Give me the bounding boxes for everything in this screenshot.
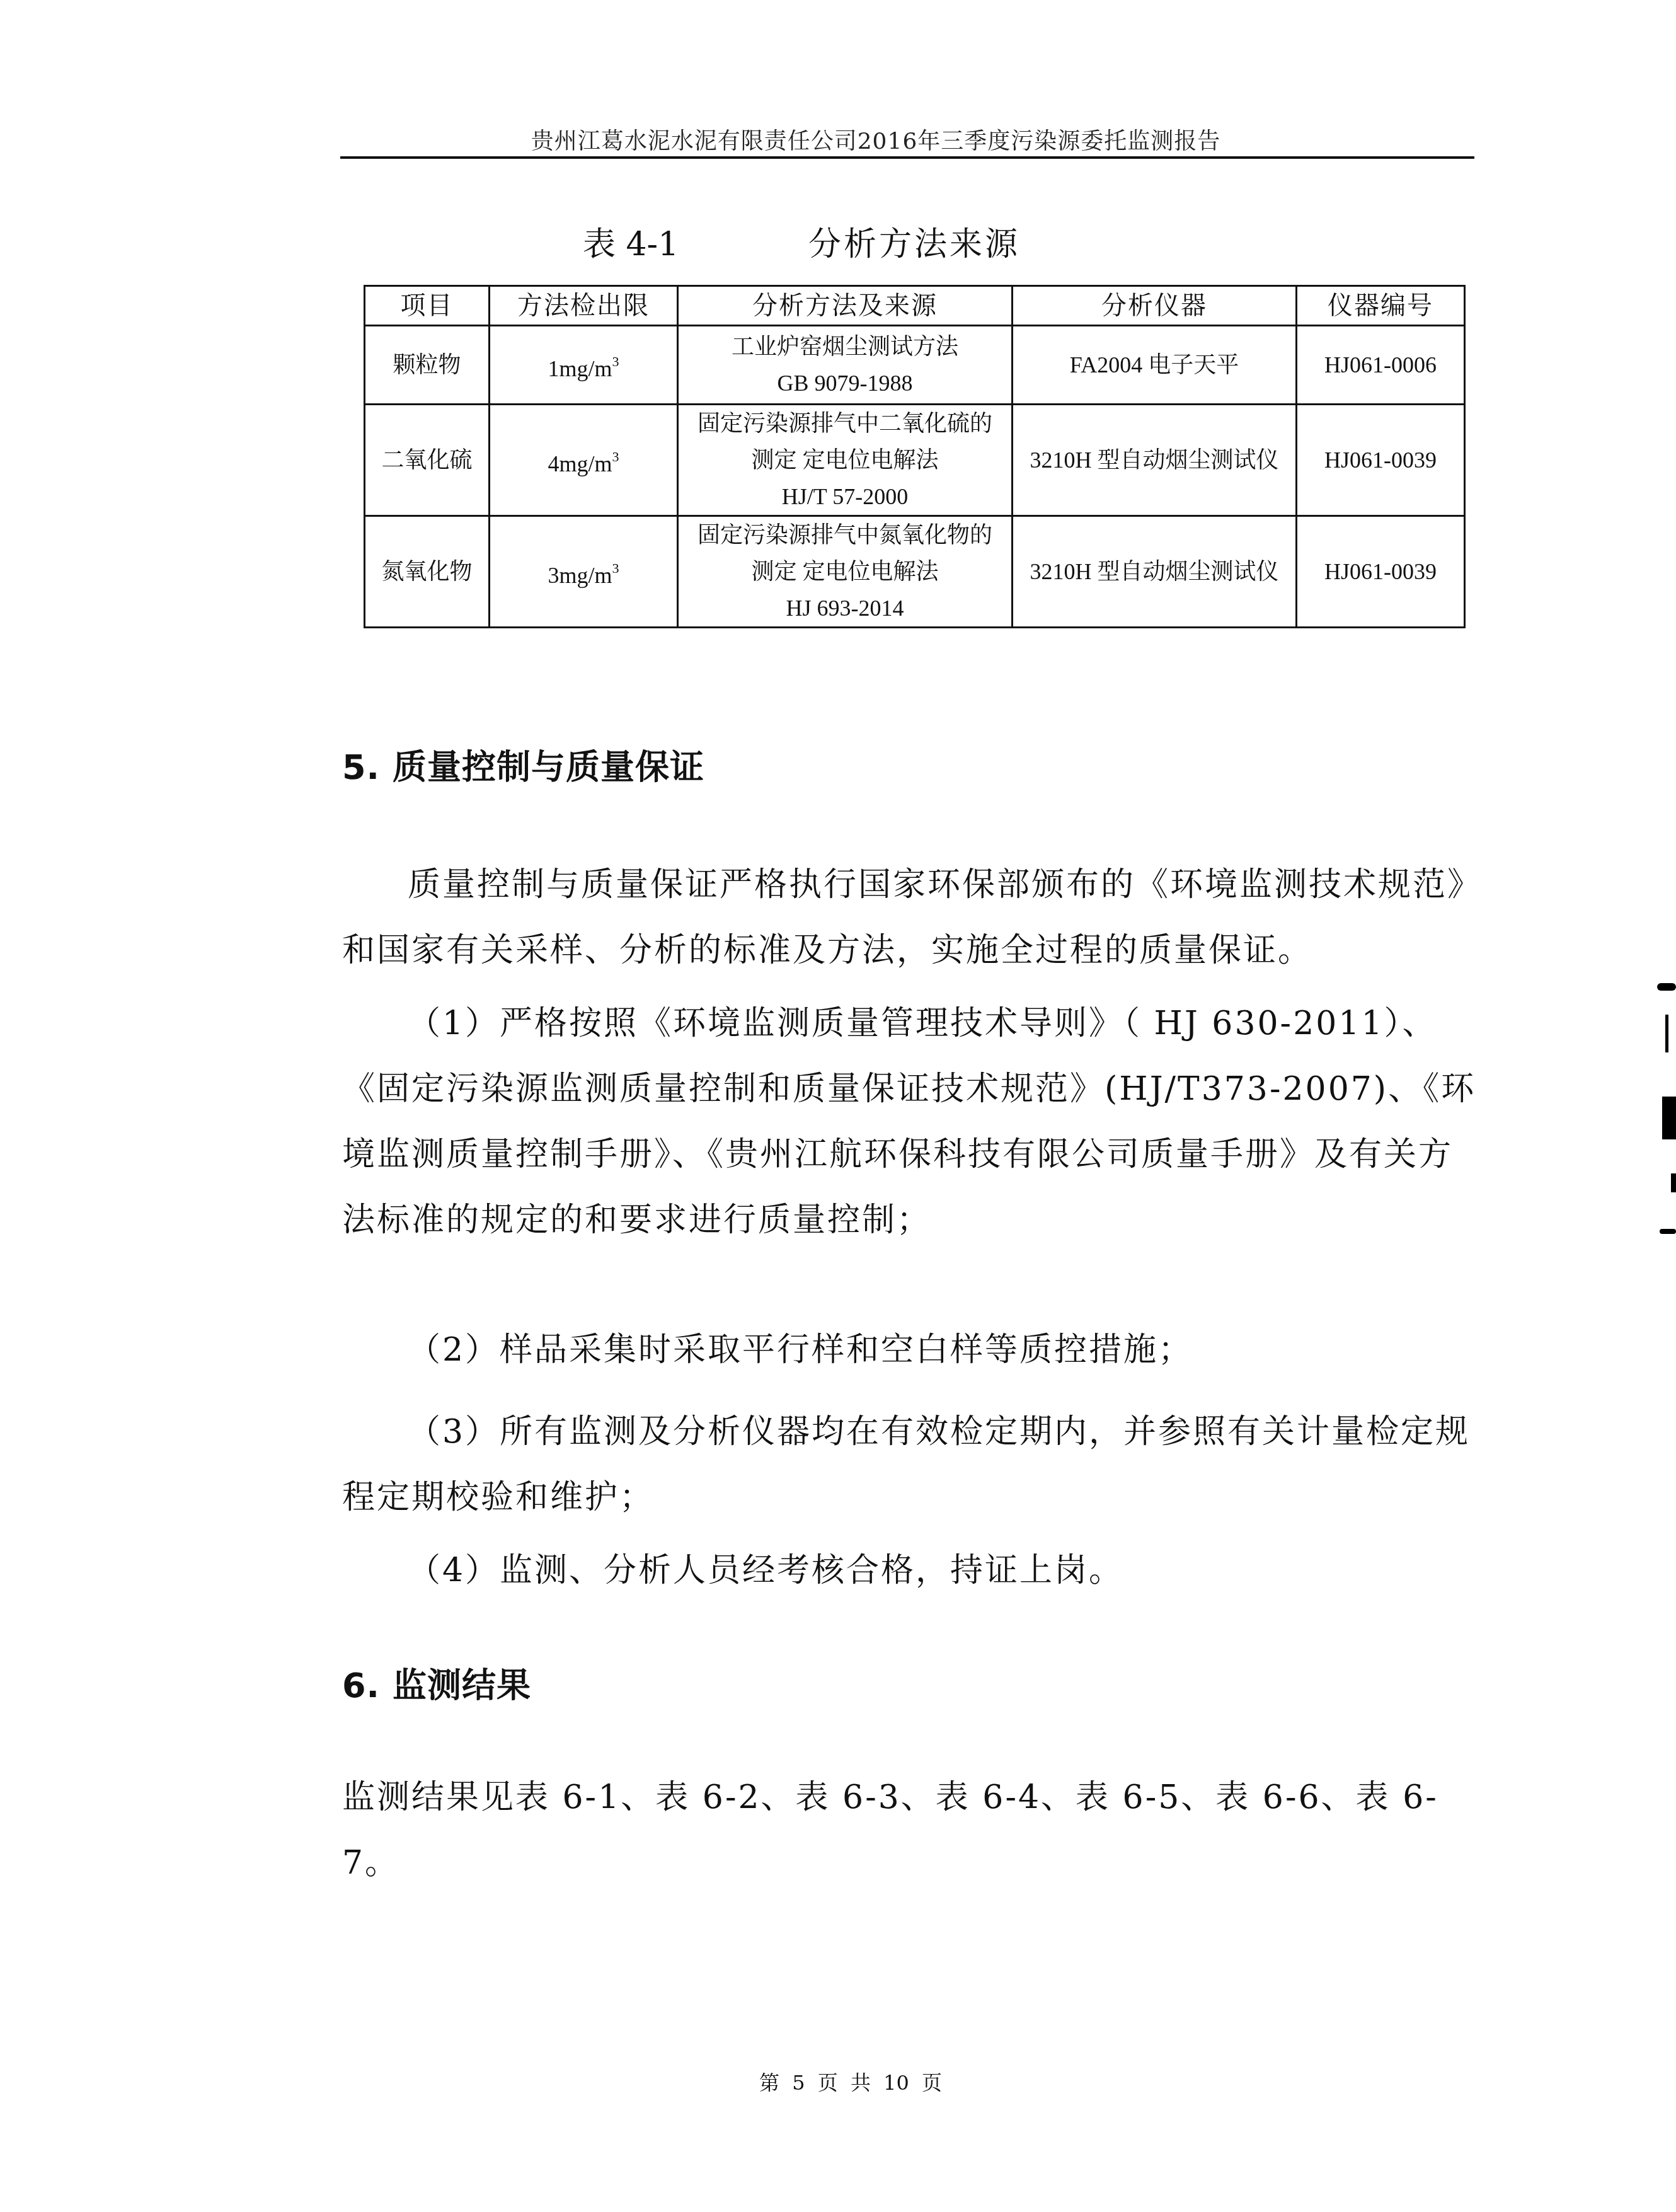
column-header-instrument-id: 仪器编号 [1297,286,1465,326]
cell-instrument-id: HJ061-0039 [1297,405,1465,516]
cell-instrument: FA2004 电子天平 [1013,326,1297,405]
scan-artifact [1671,1173,1676,1192]
section-5-intro: 质量控制与质量保证严格执行国家环保部颁布的《环境监测技术规范》和国家有关采样、分… [342,852,1476,983]
table-number: 表 4-1 [583,217,679,265]
table-header-row: 项目 方法检出限 分析方法及来源 分析仪器 仪器编号 [365,286,1465,326]
cell-limit: 3mg/m3 [490,516,678,628]
section-6-heading: 6. 监测结果 [342,1659,531,1707]
column-header-item: 项目 [365,286,490,326]
cell-item: 二氧化硫 [365,405,490,516]
column-header-method: 分析方法及来源 [678,286,1013,326]
table-row: 颗粒物 1mg/m3 工业炉窑烟尘测试方法 GB 9079-1988 FA200… [365,326,1465,405]
cell-item: 颗粒物 [365,326,490,405]
cell-instrument: 3210H 型自动烟尘测试仪 [1013,516,1297,628]
qc-item-3: （3）所有监测及分析仪器均在有效检定期内，并参照有关计量检定规程定期校验和维护； [342,1399,1476,1530]
cell-limit: 1mg/m3 [490,326,678,405]
column-header-instrument: 分析仪器 [1013,286,1297,326]
cell-item: 氮氧化物 [365,516,490,628]
table-row: 氮氧化物 3mg/m3 固定污染源排气中氮氧化物的 测定 定电位电解法 HJ 6… [365,516,1465,628]
page-number-footer: 第 5 页 共 10 页 [0,2067,1676,2096]
header-rule [340,156,1474,159]
running-header: 贵州江葛水泥水泥有限责任公司2016年三季度污染源委托监测报告 [0,124,1676,156]
cell-instrument-id: HJ061-0006 [1297,326,1465,405]
table-title: 分析方法来源 [808,217,1020,265]
qc-item-1: （1）严格按照《环境监测质量管理技术导则》（ HJ 630-2011）、《固定污… [342,991,1476,1253]
table-row: 二氧化硫 4mg/m3 固定污染源排气中二氧化硫的 测定 定电位电解法 HJ/T… [365,405,1465,516]
section-5-heading: 5. 质量控制与质量保证 [342,740,704,789]
section-6-body: 监测结果见表 6-1、表 6-2、表 6-3、表 6-4、表 6-5、表 6-6… [342,1765,1476,1896]
cell-instrument: 3210H 型自动烟尘测试仪 [1013,405,1297,516]
scan-artifact [1665,1015,1668,1052]
cell-limit: 4mg/m3 [490,405,678,516]
column-header-limit: 方法检出限 [490,286,678,326]
qc-item-4: （4）监测、分析人员经考核合格，持证上岗。 [342,1538,1476,1603]
cell-method: 工业炉窑烟尘测试方法 GB 9079-1988 [678,326,1013,405]
scan-artifact [1660,1229,1676,1234]
cell-method: 固定污染源排气中氮氧化物的 测定 定电位电解法 HJ 693-2014 [678,516,1013,628]
scan-artifact [1657,983,1676,991]
analysis-methods-table: 项目 方法检出限 分析方法及来源 分析仪器 仪器编号 颗粒物 1mg/m3 工业… [364,285,1466,628]
scan-artifact [1662,1097,1676,1139]
cell-method: 固定污染源排气中二氧化硫的 测定 定电位电解法 HJ/T 57-2000 [678,405,1013,516]
qc-item-2: （2）样品采集时采取平行样和空白样等质控措施； [342,1317,1476,1383]
cell-instrument-id: HJ061-0039 [1297,516,1465,628]
